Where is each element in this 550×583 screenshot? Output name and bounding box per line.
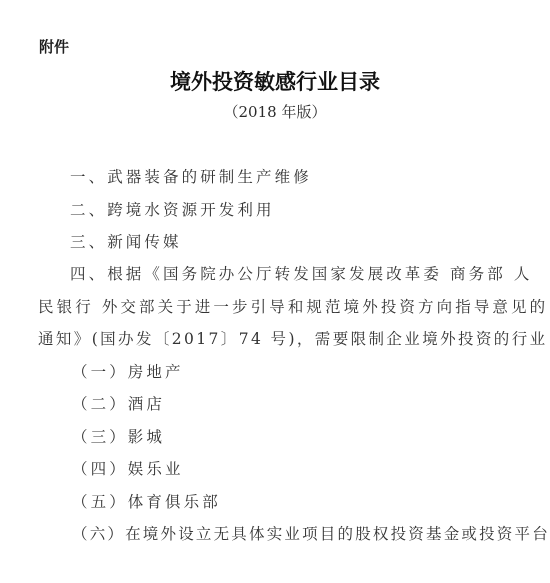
list-item: 三、新闻传媒 (70, 230, 182, 252)
paragraph-line: 通知》(国办发〔2017〕74 号)，需要限制企业境外投资的行业： (38, 327, 550, 349)
paragraph-line: 四、根据《国务院办公厅转发国家发展改革委 商务部 人 (70, 262, 532, 284)
sub-list-item: （六）在境外设立无具体实业项目的股权投资基金或投资平台 (72, 522, 550, 544)
list-item: 一、武器装备的研制生产维修 (70, 165, 312, 187)
paragraph-line: 民银行 外交部关于进一步引导和规范境外投资方向指导意见的 (38, 295, 548, 317)
sub-list-item: （二）酒店 (72, 392, 165, 414)
sub-list-item: （四）娱乐业 (72, 457, 184, 479)
sub-list-item: （三）影城 (72, 425, 165, 447)
document-subtitle: （2018 年版） (0, 101, 550, 122)
document-title: 境外投资敏感行业目录 (0, 66, 550, 96)
sub-list-item: （五）体育俱乐部 (72, 490, 221, 512)
list-item: 二、跨境水资源开发利用 (70, 198, 275, 220)
attachment-label: 附件 (39, 36, 69, 57)
sub-list-item: （一）房地产 (72, 360, 184, 382)
